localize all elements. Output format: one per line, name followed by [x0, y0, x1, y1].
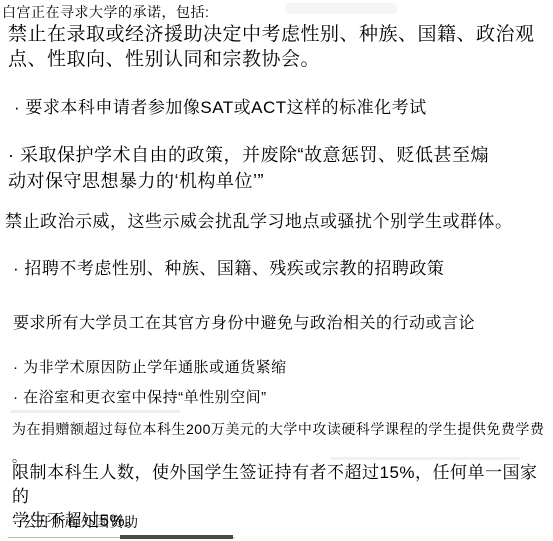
document-page: 白宫正在寻求大学的承诺，包括: 禁止在录取或经济援助决定中考虑性别、种族、国籍、…	[0, 0, 553, 541]
intro-line: 白宫正在寻求大学的承诺，包括:	[2, 3, 209, 22]
bullet-hiring-policy: · 招聘不考虑性别、种族、国籍、残疾或宗教的招聘政策	[13, 258, 444, 280]
para-staff-political-neutrality: 要求所有大学员工在其官方身份中避免与政治相关的行动或言论	[13, 313, 475, 335]
bullet-single-sex-spaces: · 在浴室和更衣室中保持“单性别空间”	[13, 388, 267, 408]
clipped-text-edge	[120, 535, 233, 539]
bullet-grade-inflation: · 为非学术原因防止学年通胀或通货紧缩	[13, 358, 287, 378]
para-ban-protests: 禁止政治示威，这些示威会扰乱学习地点或骚扰个别学生或群体。	[5, 211, 513, 233]
bullet-disclose-foreign-funding: · 公开所有外国资助	[13, 512, 139, 532]
para-admissions-nondiscrimination: 禁止在录取或经济援助决定中考虑性别、种族、国籍、政治观 点、性取向、性别认同和宗…	[8, 22, 535, 72]
bullet-academic-freedom: · 采取保护学术自由的政策，并废除“故意惩罚、贬低甚至煽 动对保守思想暴力的‘机…	[8, 142, 489, 194]
smudge-artifact	[330, 457, 520, 460]
smudge-artifact	[285, 3, 397, 14]
bullet-standardized-tests: · 要求本科申请者参加像SAT或ACT这样的标准化考试	[14, 96, 427, 119]
smudge-artifact	[10, 410, 180, 413]
